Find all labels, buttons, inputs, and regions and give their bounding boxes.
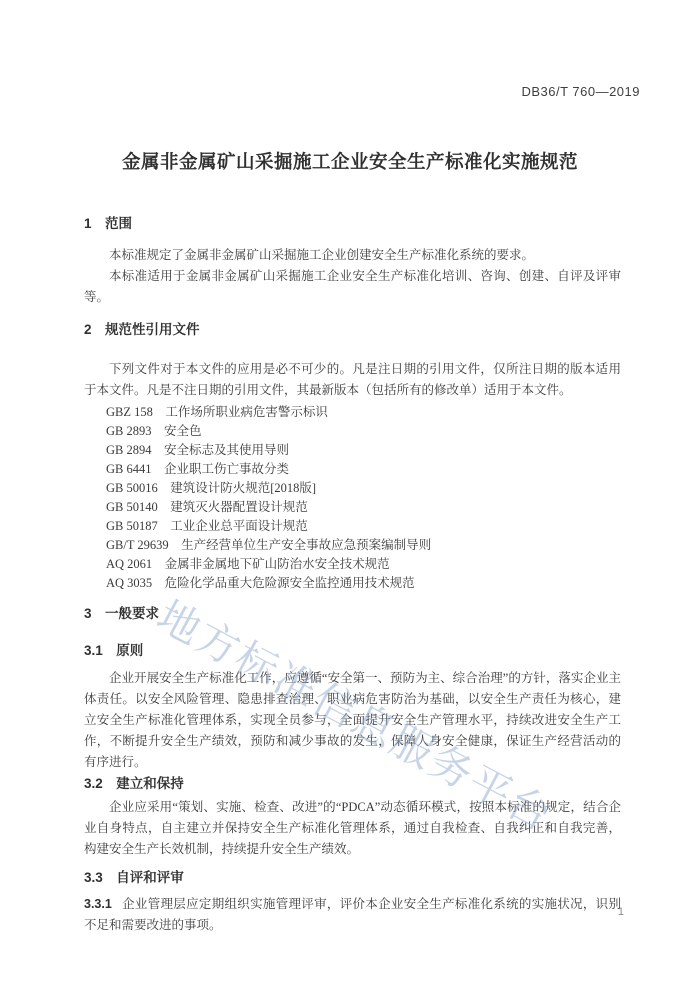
reference-item: AQ 2061 金属非金属地下矿山防治水安全技术规范 bbox=[106, 555, 621, 574]
document-page: DB36/T 760—2019 金属非金属矿山采掘施工企业安全生产标准化实施规范… bbox=[0, 0, 700, 989]
reference-item: GB 50187 工业企业总平面设计规范 bbox=[106, 517, 621, 536]
reference-item: GB 2894 安全标志及其使用导则 bbox=[106, 441, 621, 460]
reference-item: GB 2893 安全色 bbox=[106, 422, 621, 441]
standard-code: DB36/T 760—2019 bbox=[521, 84, 640, 99]
clause-text: 企业管理层应定期组织实施管理评审，评价本企业安全生产标准化系统的实施状况，识别不… bbox=[84, 897, 621, 932]
section-3-3-heading: 3.3 自评和评审 bbox=[84, 869, 621, 887]
reference-item: GBZ 158 工作场所职业病危害警示标识 bbox=[106, 403, 621, 422]
document-title: 金属非金属矿山采掘施工企业安全生产标准化实施规范 bbox=[0, 148, 700, 174]
references-list: GBZ 158 工作场所职业病危害警示标识 GB 2893 安全色 GB 289… bbox=[84, 403, 621, 593]
reference-item: AQ 3035 危险化学品重大危险源安全监控通用技术规范 bbox=[106, 574, 621, 593]
section-2-heading: 2 规范性引用文件 bbox=[84, 321, 621, 339]
establish-maintain-paragraph: 企业应采用“策划、实施、检查、改进”的“PDCA”动态循环模式，按照本标准的规定… bbox=[84, 797, 621, 860]
principles-paragraph: 企业开展安全生产标准化工作，应遵循“安全第一、预防为主、综合治理”的方针，落实企… bbox=[84, 668, 621, 773]
reference-item: GB 50140 建筑灭火器配置设计规范 bbox=[106, 498, 621, 517]
clause-number: 3.3.1 bbox=[84, 897, 112, 911]
scope-paragraph-1: 本标准规定了金属非金属矿山采掘施工企业创建安全生产标准化系统的要求。 bbox=[84, 245, 621, 266]
section-3-2-heading: 3.2 建立和保持 bbox=[84, 775, 621, 793]
reference-item: GB/T 29639 生产经营单位生产安全事故应急预案编制导则 bbox=[106, 536, 621, 555]
section-3-1-heading: 3.1 原则 bbox=[84, 642, 621, 660]
clause-3-3-1: 3.3.1企业管理层应定期组织实施管理评审，评价本企业安全生产标准化系统的实施状… bbox=[84, 894, 621, 936]
reference-item: GB 6441 企业职工伤亡事故分类 bbox=[106, 460, 621, 479]
section-3-heading: 3 一般要求 bbox=[84, 605, 621, 623]
scope-paragraph-2: 本标准适用于金属非金属矿山采掘施工企业安全生产标准化培训、咨询、创建、自评及评审… bbox=[84, 266, 621, 308]
section-1-heading: 1 范围 bbox=[84, 215, 621, 233]
reference-item: GB 50016 建筑设计防火规范[2018版] bbox=[106, 479, 621, 498]
document-body: 1 范围 本标准规定了金属非金属矿山采掘施工企业创建安全生产标准化系统的要求。 … bbox=[84, 215, 621, 936]
references-intro: 下列文件对于本文件的应用是必不可少的。凡是注日期的引用文件，仅所注日期的版本适用… bbox=[84, 359, 621, 401]
page-number: 1 bbox=[618, 906, 624, 918]
